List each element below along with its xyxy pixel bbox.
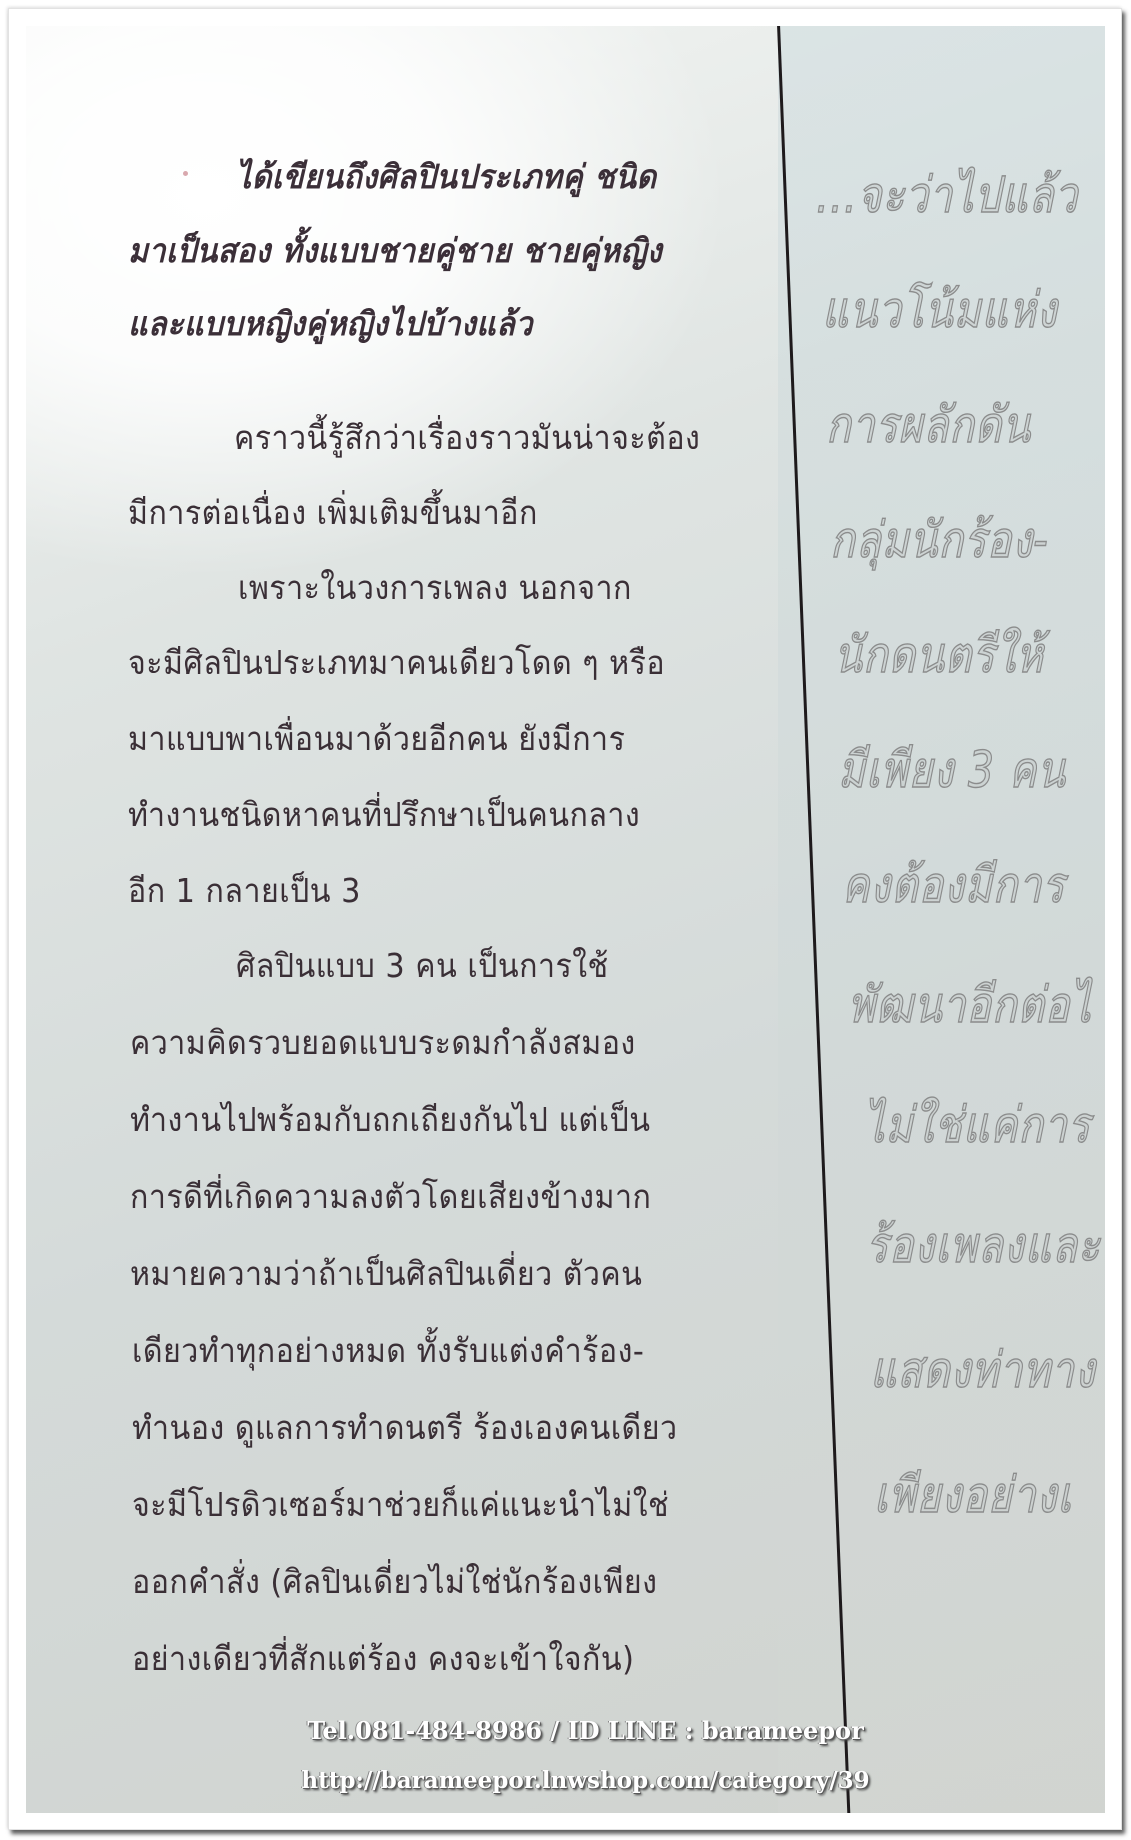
body-line: หมายความว่าถ้าเป็นศิลปินเดี่ยว ตัวคน [130, 1247, 642, 1300]
watermark-url: http://barameepor.lnwshop.com/category/3… [46, 1767, 1105, 1794]
body-line: เพราะในวงการเพลง นอกจาก [238, 561, 632, 614]
body-line: จะมีศิลปินประเภทมาคนเดียวโดด ๆ หรือ [128, 636, 665, 689]
body-line: การดีที่เกิดความลงตัวโดยเสียงข้างมาก [130, 1170, 651, 1223]
watermark-contact: Tel.081-484-8986 / ID LINE : barameepor [46, 1716, 1105, 1745]
pull-quote-line: ไม่ใช่แค่การ [864, 1086, 1091, 1165]
body-line: อีก 1 กลายเป็น 3 [128, 864, 361, 917]
body-line: อย่างเดียวที่สักแต่ร้อง คงจะเข้าใจกัน) [132, 1632, 634, 1685]
pull-quote-line: ...จะว่าไปแล้ว [816, 156, 1078, 235]
pull-quote-line: การผลักดัน [826, 386, 1031, 465]
body-line: ทำนอง ดูแลการทำดนตรี ร้องเองคนเดียว [132, 1401, 677, 1454]
body-line: ศิลปินแบบ 3 คน เป็นการใช้ [236, 939, 609, 992]
intro-line: ได้เขียนถึงศิลปินประเภทคู่ ชนิด [236, 150, 657, 203]
pull-quote-line: แนวโน้มแห่ง [822, 271, 1057, 350]
body-line: ความคิดรวบยอดแบบระดมกำลังสมอง [130, 1016, 636, 1069]
body-line: มีการต่อเนื่อง เพิ่มเติมขึ้นมาอีก [128, 486, 538, 539]
body-line: ออกคำสั่ง (ศิลปินเดี่ยวไม่ใช่นักร้องเพีย… [132, 1555, 657, 1608]
pull-quote-line: แสดงท่าทาง [870, 1331, 1096, 1410]
pull-quote-line: นักดนตรีให้ [834, 616, 1044, 695]
body-line: ทำงานชนิดหาคนที่ปรึกษาเป็นคนกลาง [128, 788, 640, 841]
body-line: ทำงานไปพร้อมกับถกเถียงกันไป แต่เป็น [130, 1093, 650, 1146]
intro-line: มาเป็นสอง ทั้งแบบชายคู่ชาย ชายคู่หญิง [128, 224, 662, 277]
body-line: มาแบบพาเพื่อนมาด้วยอีกคน ยังมีการ [128, 712, 625, 765]
pull-quote-line: เพียงอย่างเ [874, 1456, 1072, 1535]
body-line: เดียวทำทุกอย่างหมด ทั้งรับแต่งคำร้อง- [132, 1324, 644, 1377]
pull-quote-line: คงต้องมีการ [842, 846, 1065, 925]
pull-quote-line: มีเพียง 3 คน [838, 731, 1066, 810]
pull-quote-line: ร้องเพลงและ [866, 1206, 1101, 1285]
body-line: จะมีโปรดิวเซอร์มาช่วยก็แค่แนะนำไม่ใช่ [132, 1478, 669, 1531]
body-line: คราวนี้รู้สึกว่าเรื่องราวมันน่าจะต้อง [234, 411, 700, 464]
ink-speck [183, 171, 188, 176]
intro-line: และแบบหญิงคู่หญิงไปบ้างแล้ว [128, 297, 533, 350]
pull-quote-line: กลุ่มนักร้อง- [830, 501, 1049, 580]
pull-quote-line: พัฒนาอีกต่อไ [848, 966, 1092, 1045]
scanned-page-photo: ได้เขียนถึงศิลปินประเภทคู่ ชนิด มาเป็นสอ… [26, 26, 1105, 1813]
